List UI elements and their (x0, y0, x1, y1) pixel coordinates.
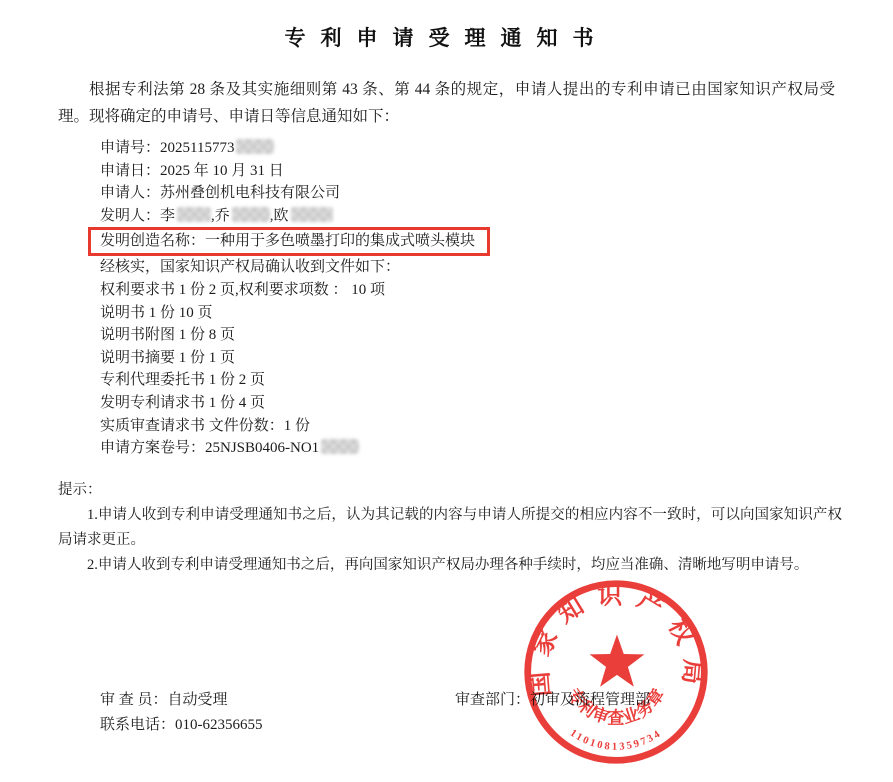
seal-org-text: 国家知识产权局 (525, 582, 708, 698)
examiner-line: 审 查 员：自动受理 (100, 688, 263, 713)
intro-paragraph: 根据专利法第 28 条及其实施细则第 43 条、第 44 条的规定，申请人提出的… (58, 76, 835, 130)
verification-heading: 经核实，国家知识产权局确认收到文件如下： (100, 256, 893, 279)
official-seal-svg: 国家知识产权局 专利审查业务章 1101081359734 (520, 576, 712, 768)
received-document-item: 说明书摘要 1 份 1 页 (100, 347, 893, 370)
received-document-item: 说明书 1 份 10 页 (100, 302, 893, 325)
notes-heading: 提示： (58, 478, 842, 503)
received-document-item: 权利要求书 1 份 2 页,权利要求项数 ： 10 项 (100, 279, 893, 302)
svg-text:国家知识产权局: 国家知识产权局 (525, 582, 708, 698)
docket-number-line: 申请方案卷号：25NJSB0406-NO1 (100, 437, 893, 460)
seal-ring (528, 584, 705, 761)
inventors-segment: ,乔 (211, 208, 230, 224)
inventors-segment: ,欧 (270, 208, 289, 224)
note-item-1: 1.申请人收到专利申请受理通知书之后，认为其记载的内容与申请人所提交的相应内容不… (58, 503, 842, 553)
official-seal: 国家知识产权局 专利审查业务章 1101081359734 (520, 576, 712, 768)
redaction-blur (291, 207, 333, 222)
note-item-2: 2.申请人收到专利申请受理通知书之后，再向国家知识产权局办理各种手续时，均应当准… (58, 553, 842, 578)
redaction-blur (236, 139, 274, 154)
redaction-blur (232, 207, 270, 222)
department-line: 审查部门：初审及流程管理部 (455, 688, 650, 713)
docket-number-text: 申请方案卷号：25NJSB0406-NO1 (100, 440, 319, 456)
received-document-item: 专利代理委托书 1 份 2 页 (100, 369, 893, 392)
received-document-item: 说明书附图 1 份 8 页 (100, 324, 893, 347)
svg-text:1101081359734: 1101081359734 (568, 728, 664, 753)
footer-left-column: 审 查 员：自动受理 联系电话：010-62356655 (100, 688, 263, 738)
notice-document: 专利申请受理通知书 根据专利法第 28 条及其实施细则第 43 条、第 44 条… (0, 0, 893, 782)
inventors-line: 发明人：李,乔,欧 (100, 205, 893, 228)
application-number-line: 申请号：2025115773 (100, 137, 893, 160)
inventors-segment: 发明人：李 (100, 208, 175, 224)
info-section: 申请号：2025115773 申请日：2025 年 10 月 31 日 申请人：… (100, 137, 893, 460)
applicant-line: 申请人：苏州叠创机电科技有限公司 (100, 182, 893, 205)
phone-line: 联系电话：010-62356655 (100, 713, 263, 738)
redaction-blur (321, 439, 359, 454)
application-number-text: 申请号：2025115773 (100, 140, 234, 156)
notes-section: 提示： 1.申请人收到专利申请受理通知书之后，认为其记载的内容与申请人所提交的相… (58, 478, 842, 578)
invention-title-line: 发明创造名称：一种用于多色喷墨打印的集成式喷头模块 (100, 227, 893, 256)
received-document-item: 实质审查请求书 文件份数：1 份 (100, 415, 893, 438)
received-document-item: 发明专利请求书 1 份 4 页 (100, 392, 893, 415)
page-title: 专利申请受理通知书 (0, 0, 893, 52)
invention-title-text: 发明创造名称：一种用于多色喷墨打印的集成式喷头模块 (100, 233, 475, 249)
seal-number-text: 1101081359734 (568, 728, 664, 753)
redaction-blur (177, 207, 211, 222)
application-date-line: 申请日：2025 年 10 月 31 日 (100, 160, 893, 183)
seal-star-icon (590, 635, 645, 687)
invention-title-highlight-box: 发明创造名称：一种用于多色喷墨打印的集成式喷头模块 (88, 227, 490, 256)
